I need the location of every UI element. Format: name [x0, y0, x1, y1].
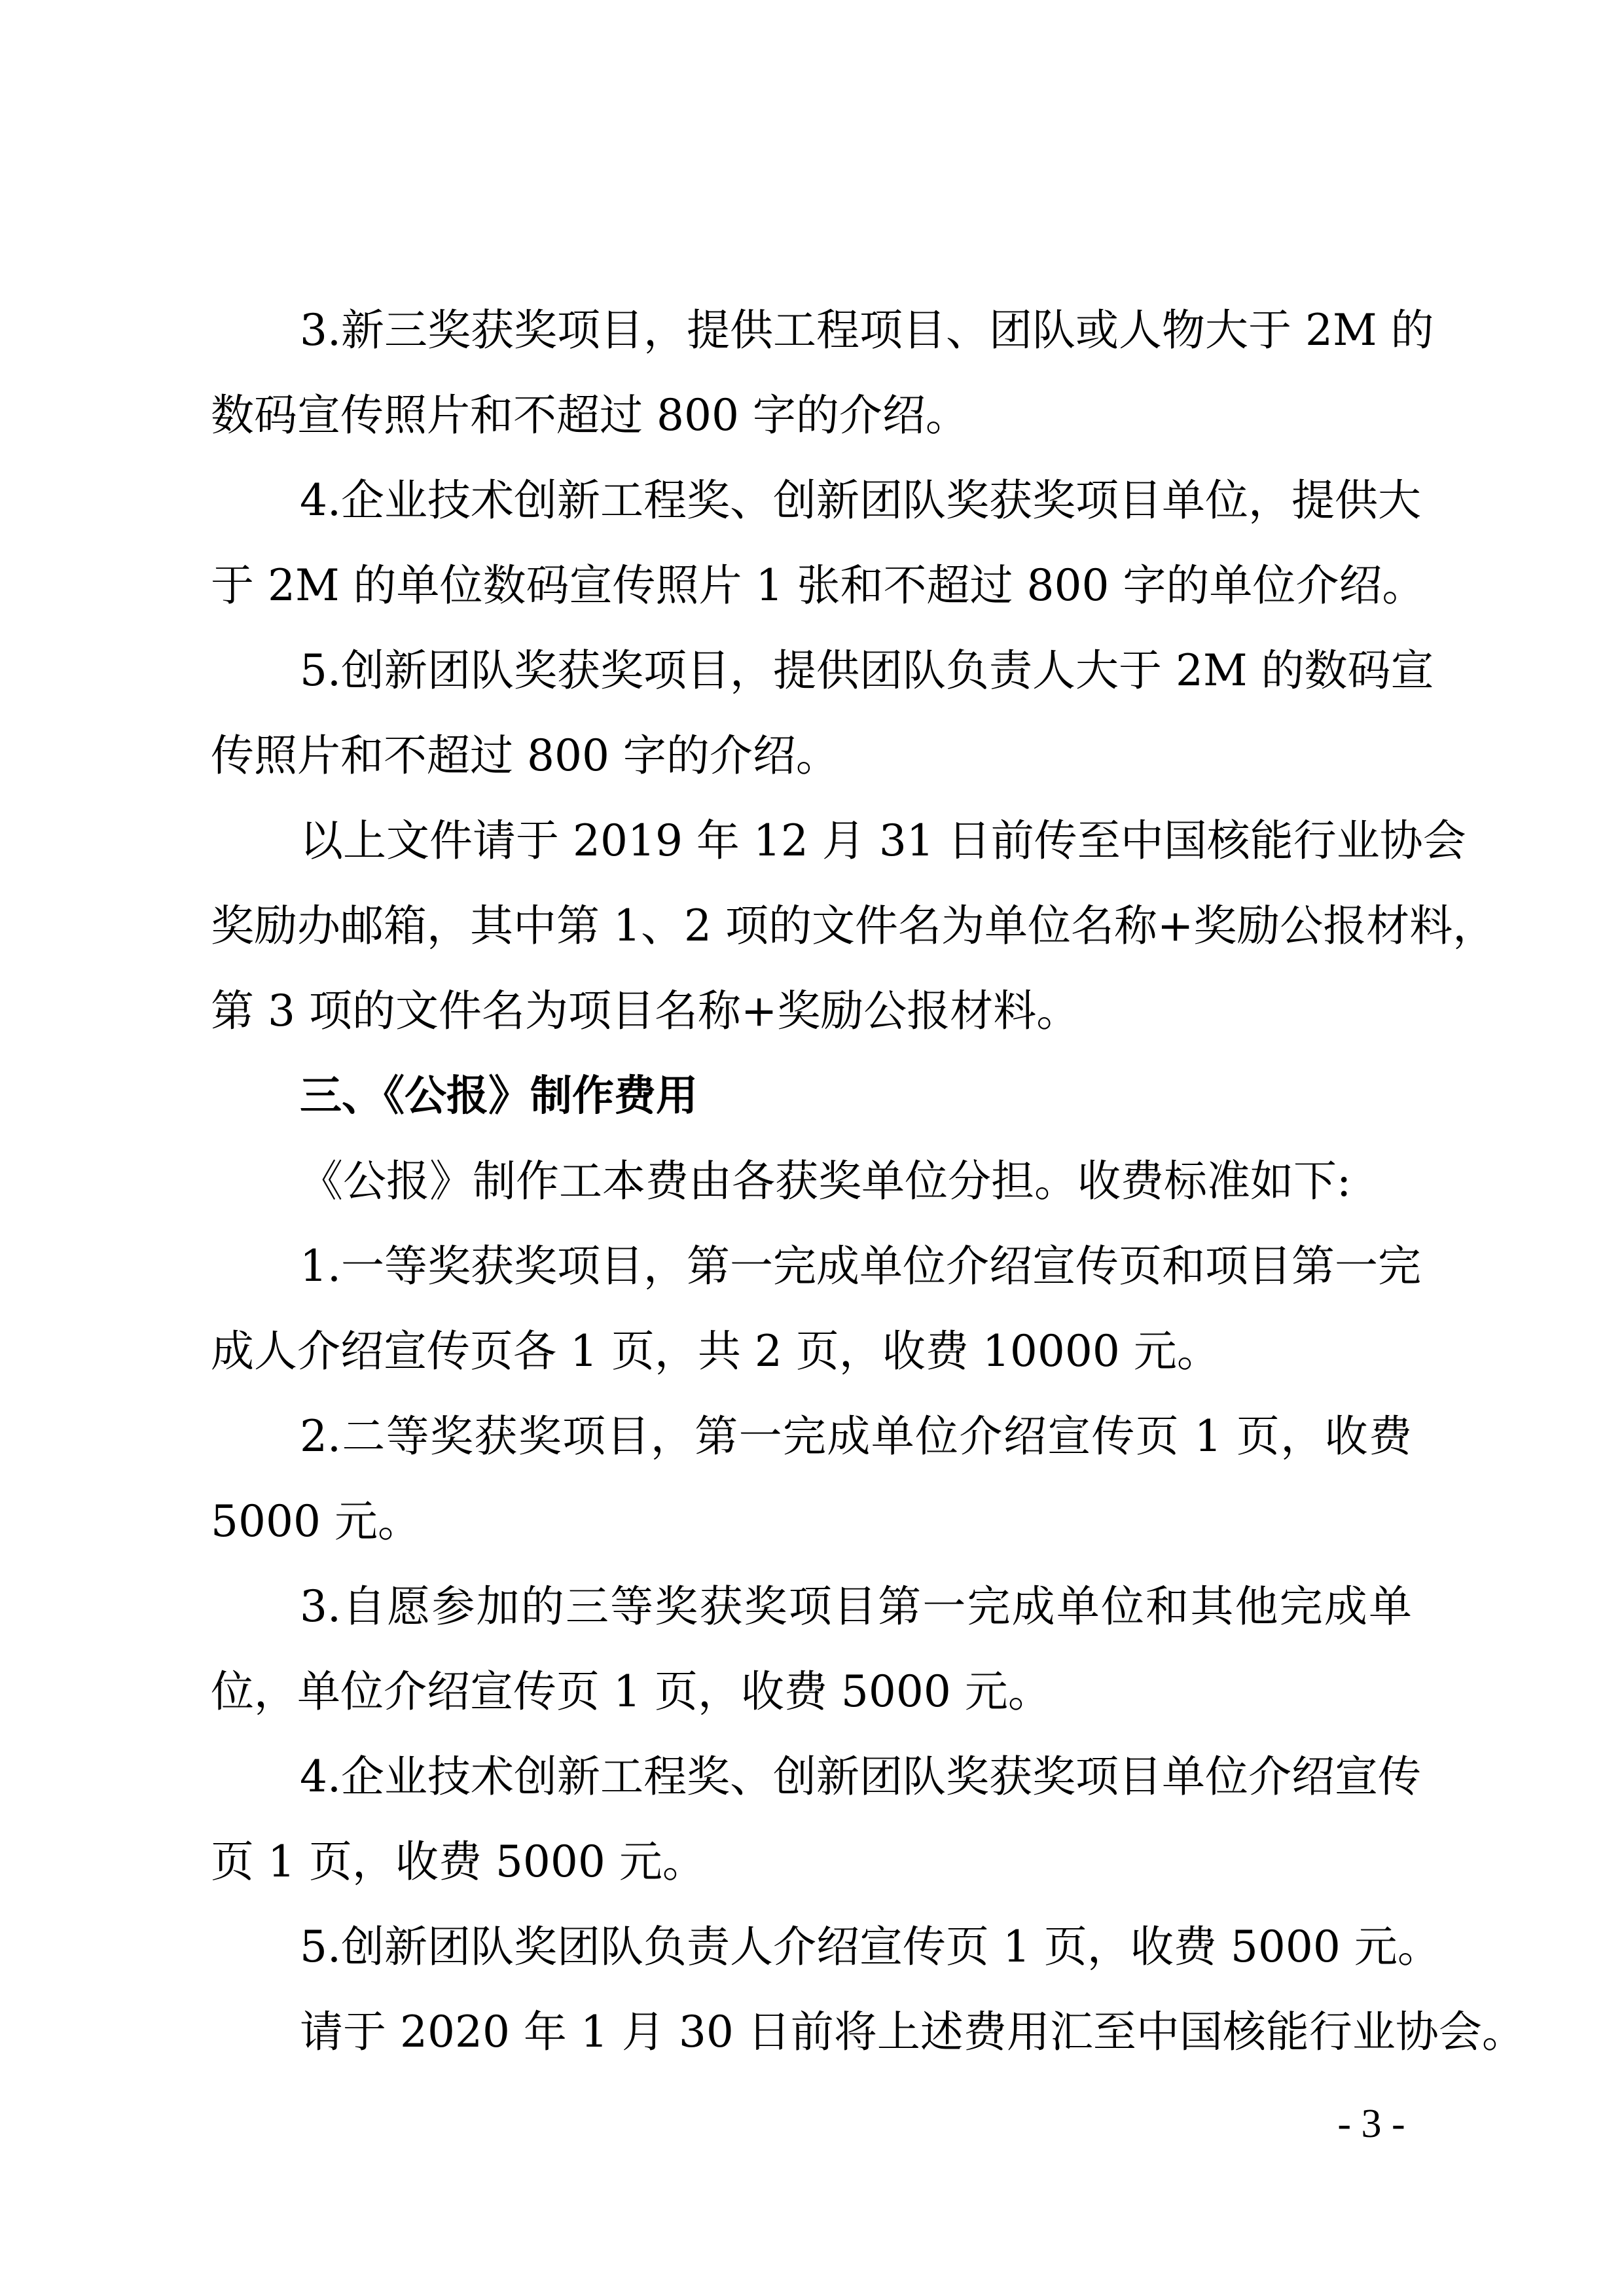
fee-item-1: 1.一等奖获奖项目，第一完成单位介绍宣传页和项目第一完 成人介绍宣传页各 1 页… [211, 1224, 1412, 1394]
section-heading: 三、《公报》制作费用 [211, 1054, 1412, 1139]
paragraph-line: 3.自愿参加的三等奖获奖项目第一完成单位和其他完成单 [211, 1564, 1412, 1649]
paragraph-line: 5.创新团队奖获奖项目，提供团队负责人大于 2M 的数码宣 [211, 628, 1412, 713]
materials-item-4: 4.企业技术创新工程奖、创新团队奖获奖项目单位，提供大 于 2M 的单位数码宣传… [211, 458, 1412, 628]
document-body: 3.新三奖获奖项目，提供工程项目、团队或人物大于 2M 的 数码宣传照片和不超过… [211, 288, 1412, 2075]
materials-item-3: 3.新三奖获奖项目，提供工程项目、团队或人物大于 2M 的 数码宣传照片和不超过… [211, 288, 1412, 458]
paragraph-line: 3.新三奖获奖项目，提供工程项目、团队或人物大于 2M 的 [211, 288, 1412, 373]
paragraph-line: 奖励办邮箱，其中第 1、2 项的文件名为单位名称+奖励公报材料， [211, 884, 1412, 969]
paragraph-line: 4.企业技术创新工程奖、创新团队奖获奖项目单位，提供大 [211, 458, 1412, 543]
fee-item-3: 3.自愿参加的三等奖获奖项目第一完成单位和其他完成单 位，单位介绍宣传页 1 页… [211, 1564, 1412, 1734]
submission-note: 以上文件请于 2019 年 12 月 31 日前传至中国核能行业协会 奖励办邮箱… [211, 798, 1412, 1054]
paragraph-line: 4.企业技术创新工程奖、创新团队奖获奖项目单位介绍宣传 [211, 1734, 1412, 1820]
paragraph-line: 5.创新团队奖团队负责人介绍宣传页 1 页，收费 5000 元。 [211, 1905, 1412, 1990]
paragraph-line: 位，单位介绍宣传页 1 页，收费 5000 元。 [211, 1649, 1412, 1734]
paragraph-line: 以上文件请于 2019 年 12 月 31 日前传至中国核能行业协会 [211, 798, 1412, 884]
page-number: - 3 - [1312, 2101, 1430, 2147]
paragraph-line: 第 3 项的文件名为项目名称+奖励公报材料。 [211, 969, 1412, 1054]
paragraph-line: 数码宣传照片和不超过 800 字的介绍。 [211, 373, 1412, 458]
fee-item-4: 4.企业技术创新工程奖、创新团队奖获奖项目单位介绍宣传 页 1 页，收费 500… [211, 1734, 1412, 1905]
materials-item-5: 5.创新团队奖获奖项目，提供团队负责人大于 2M 的数码宣 传照片和不超过 80… [211, 628, 1412, 798]
fee-intro: 《公报》制作工本费由各获奖单位分担。收费标准如下: [211, 1139, 1412, 1224]
fee-item-5: 5.创新团队奖团队负责人介绍宣传页 1 页，收费 5000 元。 [211, 1905, 1412, 1990]
paragraph-line: 页 1 页，收费 5000 元。 [211, 1820, 1412, 1905]
paragraph-line: 于 2M 的单位数码宣传照片 1 张和不超过 800 字的单位介绍。 [211, 543, 1412, 628]
paragraph-line: 1.一等奖获奖项目，第一完成单位介绍宣传页和项目第一完 [211, 1224, 1412, 1309]
paragraph-line: 2.二等奖获奖项目，第一完成单位介绍宣传页 1 页，收费 [211, 1394, 1412, 1479]
paragraph-line: 5000 元。 [211, 1479, 1412, 1564]
payment-note: 请于 2020 年 1 月 30 日前将上述费用汇至中国核能行业协会。 [211, 1990, 1412, 2075]
fee-item-2: 2.二等奖获奖项目，第一完成单位介绍宣传页 1 页，收费 5000 元。 [211, 1394, 1412, 1564]
paragraph-line: 传照片和不超过 800 字的介绍。 [211, 713, 1412, 798]
paragraph-line: 成人介绍宣传页各 1 页，共 2 页，收费 10000 元。 [211, 1309, 1412, 1394]
document-page: 3.新三奖获奖项目，提供工程项目、团队或人物大于 2M 的 数码宣传照片和不超过… [0, 0, 1624, 2296]
